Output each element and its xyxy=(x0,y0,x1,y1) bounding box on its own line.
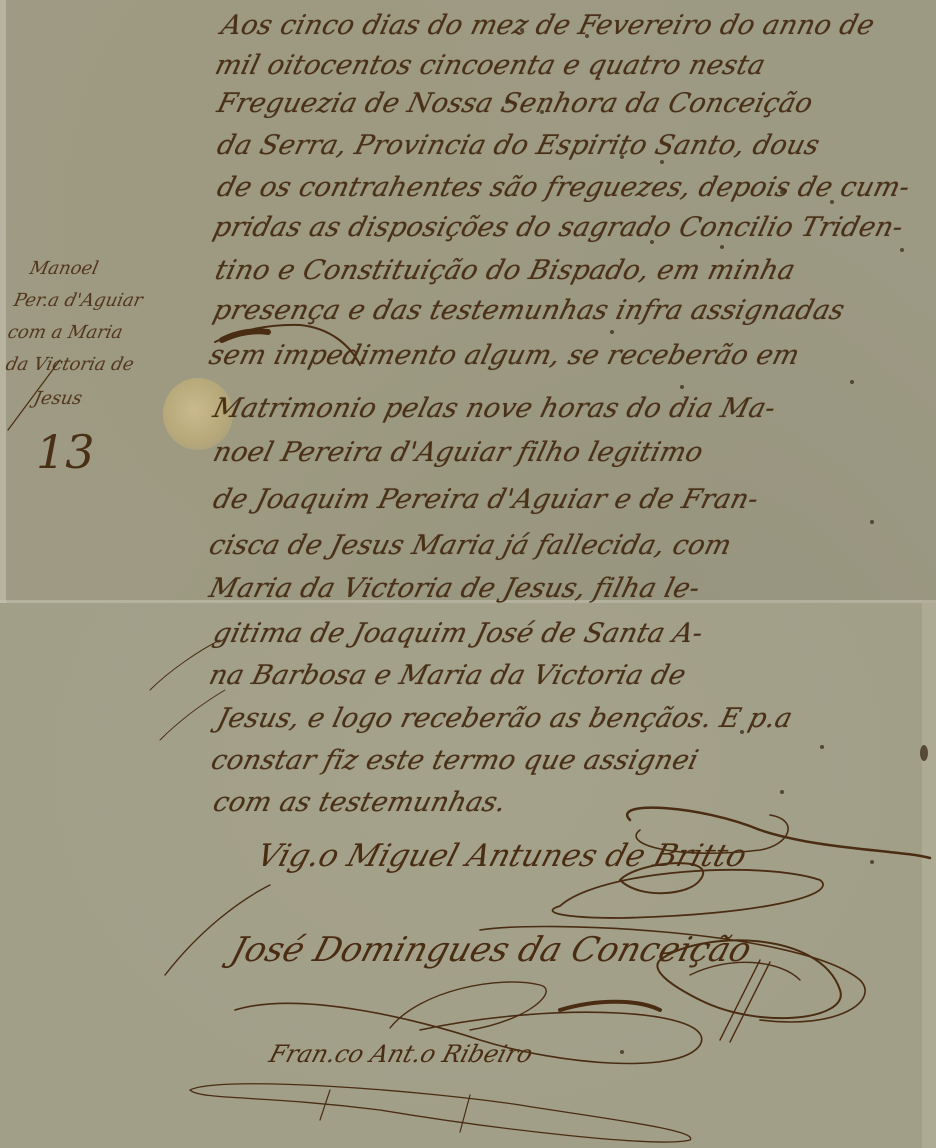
margin-line: da Victoria de xyxy=(4,354,136,375)
entry-number: 13 xyxy=(36,425,95,479)
record-line: pridas as disposições do sagrado Concili… xyxy=(210,212,906,243)
record-line: na Barbosa e Maria da Victoria de xyxy=(206,660,689,691)
margin-line: com a Maria xyxy=(6,322,125,343)
record-line: mil oitocentos cincoenta e quatro nesta xyxy=(212,50,769,81)
record-line: gitima de Joaquim José de Santa A- xyxy=(210,618,706,649)
margin-line: Jesus xyxy=(32,388,84,409)
record-line: de Joaquim Pereira d'Aguiar e de Fran- xyxy=(210,484,762,515)
record-line: sem impedimento algum, se receberão em xyxy=(206,340,803,371)
signature-vicar: Vig.o Miguel Antunes de Britto xyxy=(253,838,751,874)
record-line: de os contrahentes são freguezes, depois… xyxy=(214,172,913,203)
record-line: presença e das testemunhas infra assigna… xyxy=(210,295,848,326)
record-line: Freguezia de Nossa Senhora da Conceição xyxy=(214,88,816,119)
record-line: Matrimonio pelas nove horas do dia Ma- xyxy=(210,393,779,424)
page-edge-right xyxy=(922,600,936,1148)
record-line: tino e Constituição do Bispado, em minha xyxy=(212,255,798,286)
signature-witness-2: Fran.co Ant.o Ribeiro xyxy=(266,1040,536,1068)
record-line: com as testemunhas. xyxy=(210,787,509,818)
record-line: Aos cinco dias do mez de Fevereiro do an… xyxy=(218,10,878,41)
record-line: Maria da Victoria de Jesus, filha le- xyxy=(206,573,703,604)
record-line: noel Pereira d'Aguiar filho legitimo xyxy=(210,437,706,468)
record-line: Jesus, e logo receberão as bençãos. E p.… xyxy=(214,703,796,734)
record-line: da Serra, Provincia do Espirito Santo, d… xyxy=(214,130,823,161)
margin-line: Per.a d'Aguiar xyxy=(12,290,145,311)
record-line: constar fiz este termo que assignei xyxy=(208,745,702,776)
page-edge-left xyxy=(0,0,6,603)
signature-witness-1: José Domingues da Conceição xyxy=(226,930,756,970)
record-line: cisca de Jesus Maria já fallecida, com xyxy=(206,530,735,561)
margin-line: Manoel xyxy=(28,258,100,279)
